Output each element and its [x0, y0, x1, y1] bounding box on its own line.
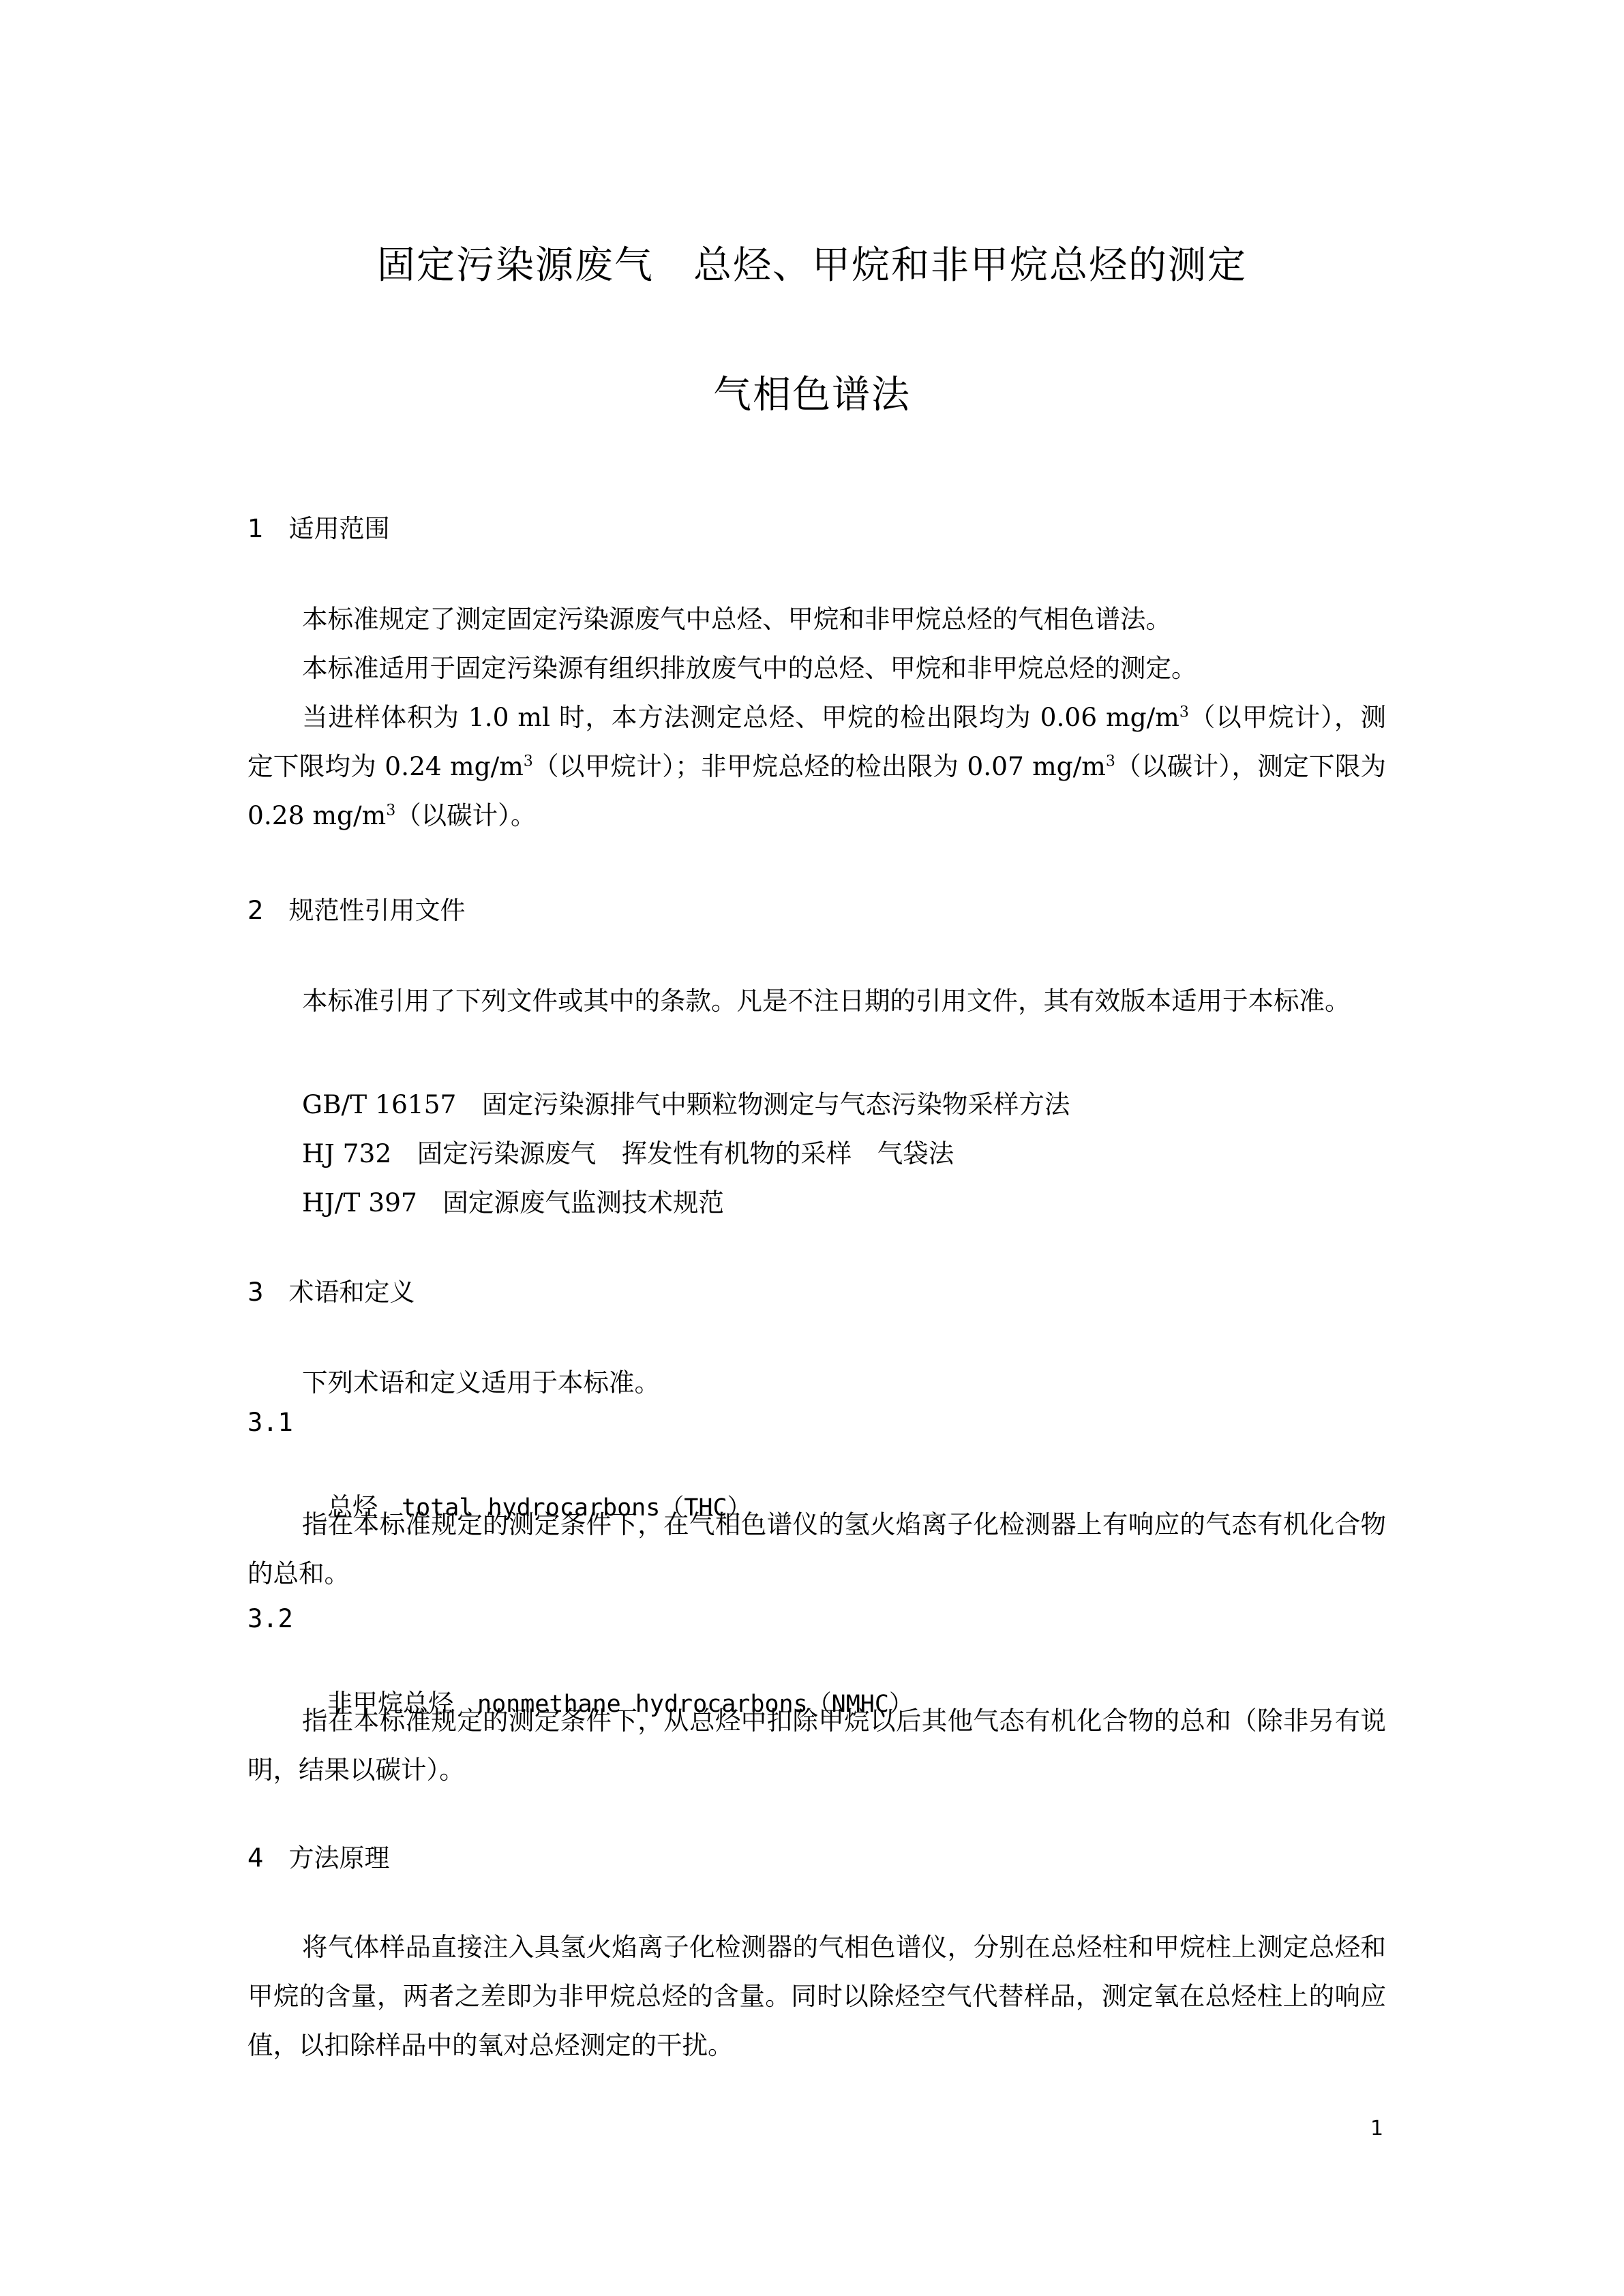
page-number: 1: [1370, 2117, 1383, 2141]
paragraph: 本标准规定了测定固定污染源废气中总烃、甲烷和非甲烷总烃的气相色谱法。: [247, 594, 1386, 644]
reference-item: HJ 732 固定污染源废气 挥发性有机物的采样 气袋法: [302, 1133, 954, 1170]
term-definition: 指在本标准规定的测定条件下，在气相色谱仪的氢火焰离子化检测器上有响应的气态有机化…: [247, 1500, 1386, 1598]
paragraph: 本标准适用于固定污染源有组织排放废气中的总烃、甲烷和非甲烷总烃的测定。: [247, 644, 1386, 693]
paragraph: 下列术语和定义适用于本标准。: [247, 1358, 1386, 1407]
section-heading-scope: 1 适用范围: [247, 508, 390, 545]
paragraph: 本标准引用了下列文件或其中的条款。凡是不注日期的引用文件，其有效版本适用于本标准…: [247, 976, 1386, 1025]
detection-limits-paragraph: 当进样体积为 1.0 ml 时，本方法测定总烃、甲烷的检出限均为 0.06 mg…: [247, 693, 1386, 840]
section-heading-principle: 4 方法原理: [247, 1837, 390, 1874]
paragraph: 将气体样品直接注入具氢火焰离子化检测器的气相色谱仪，分别在总烃柱和甲烷柱上测定总…: [247, 1922, 1386, 2070]
term-number: 3.1: [247, 1408, 293, 1437]
reference-item: HJ/T 397 固定源废气监测技术规范: [302, 1182, 724, 1219]
reference-item: GB/T 16157 固定污染源排气中颗粒物测定与气态污染物采样方法: [302, 1084, 1070, 1121]
document-page: 固定污染源废气 总烃、甲烷和非甲烷总烃的测定 气相色谱法 1 适用范围 本标准规…: [0, 0, 1624, 2296]
term-number: 3.2: [247, 1604, 293, 1633]
document-title: 固定污染源废气 总烃、甲烷和非甲烷总烃的测定: [0, 235, 1624, 290]
document-subtitle: 气相色谱法: [0, 365, 1624, 419]
section-heading-terms: 3 术语和定义: [247, 1271, 415, 1308]
section-heading-normative-references: 2 规范性引用文件: [247, 890, 466, 926]
term-definition: 指在本标准规定的测定条件下，从总烃中扣除甲烷以后其他气态有机化合物的总和（除非另…: [247, 1696, 1386, 1794]
